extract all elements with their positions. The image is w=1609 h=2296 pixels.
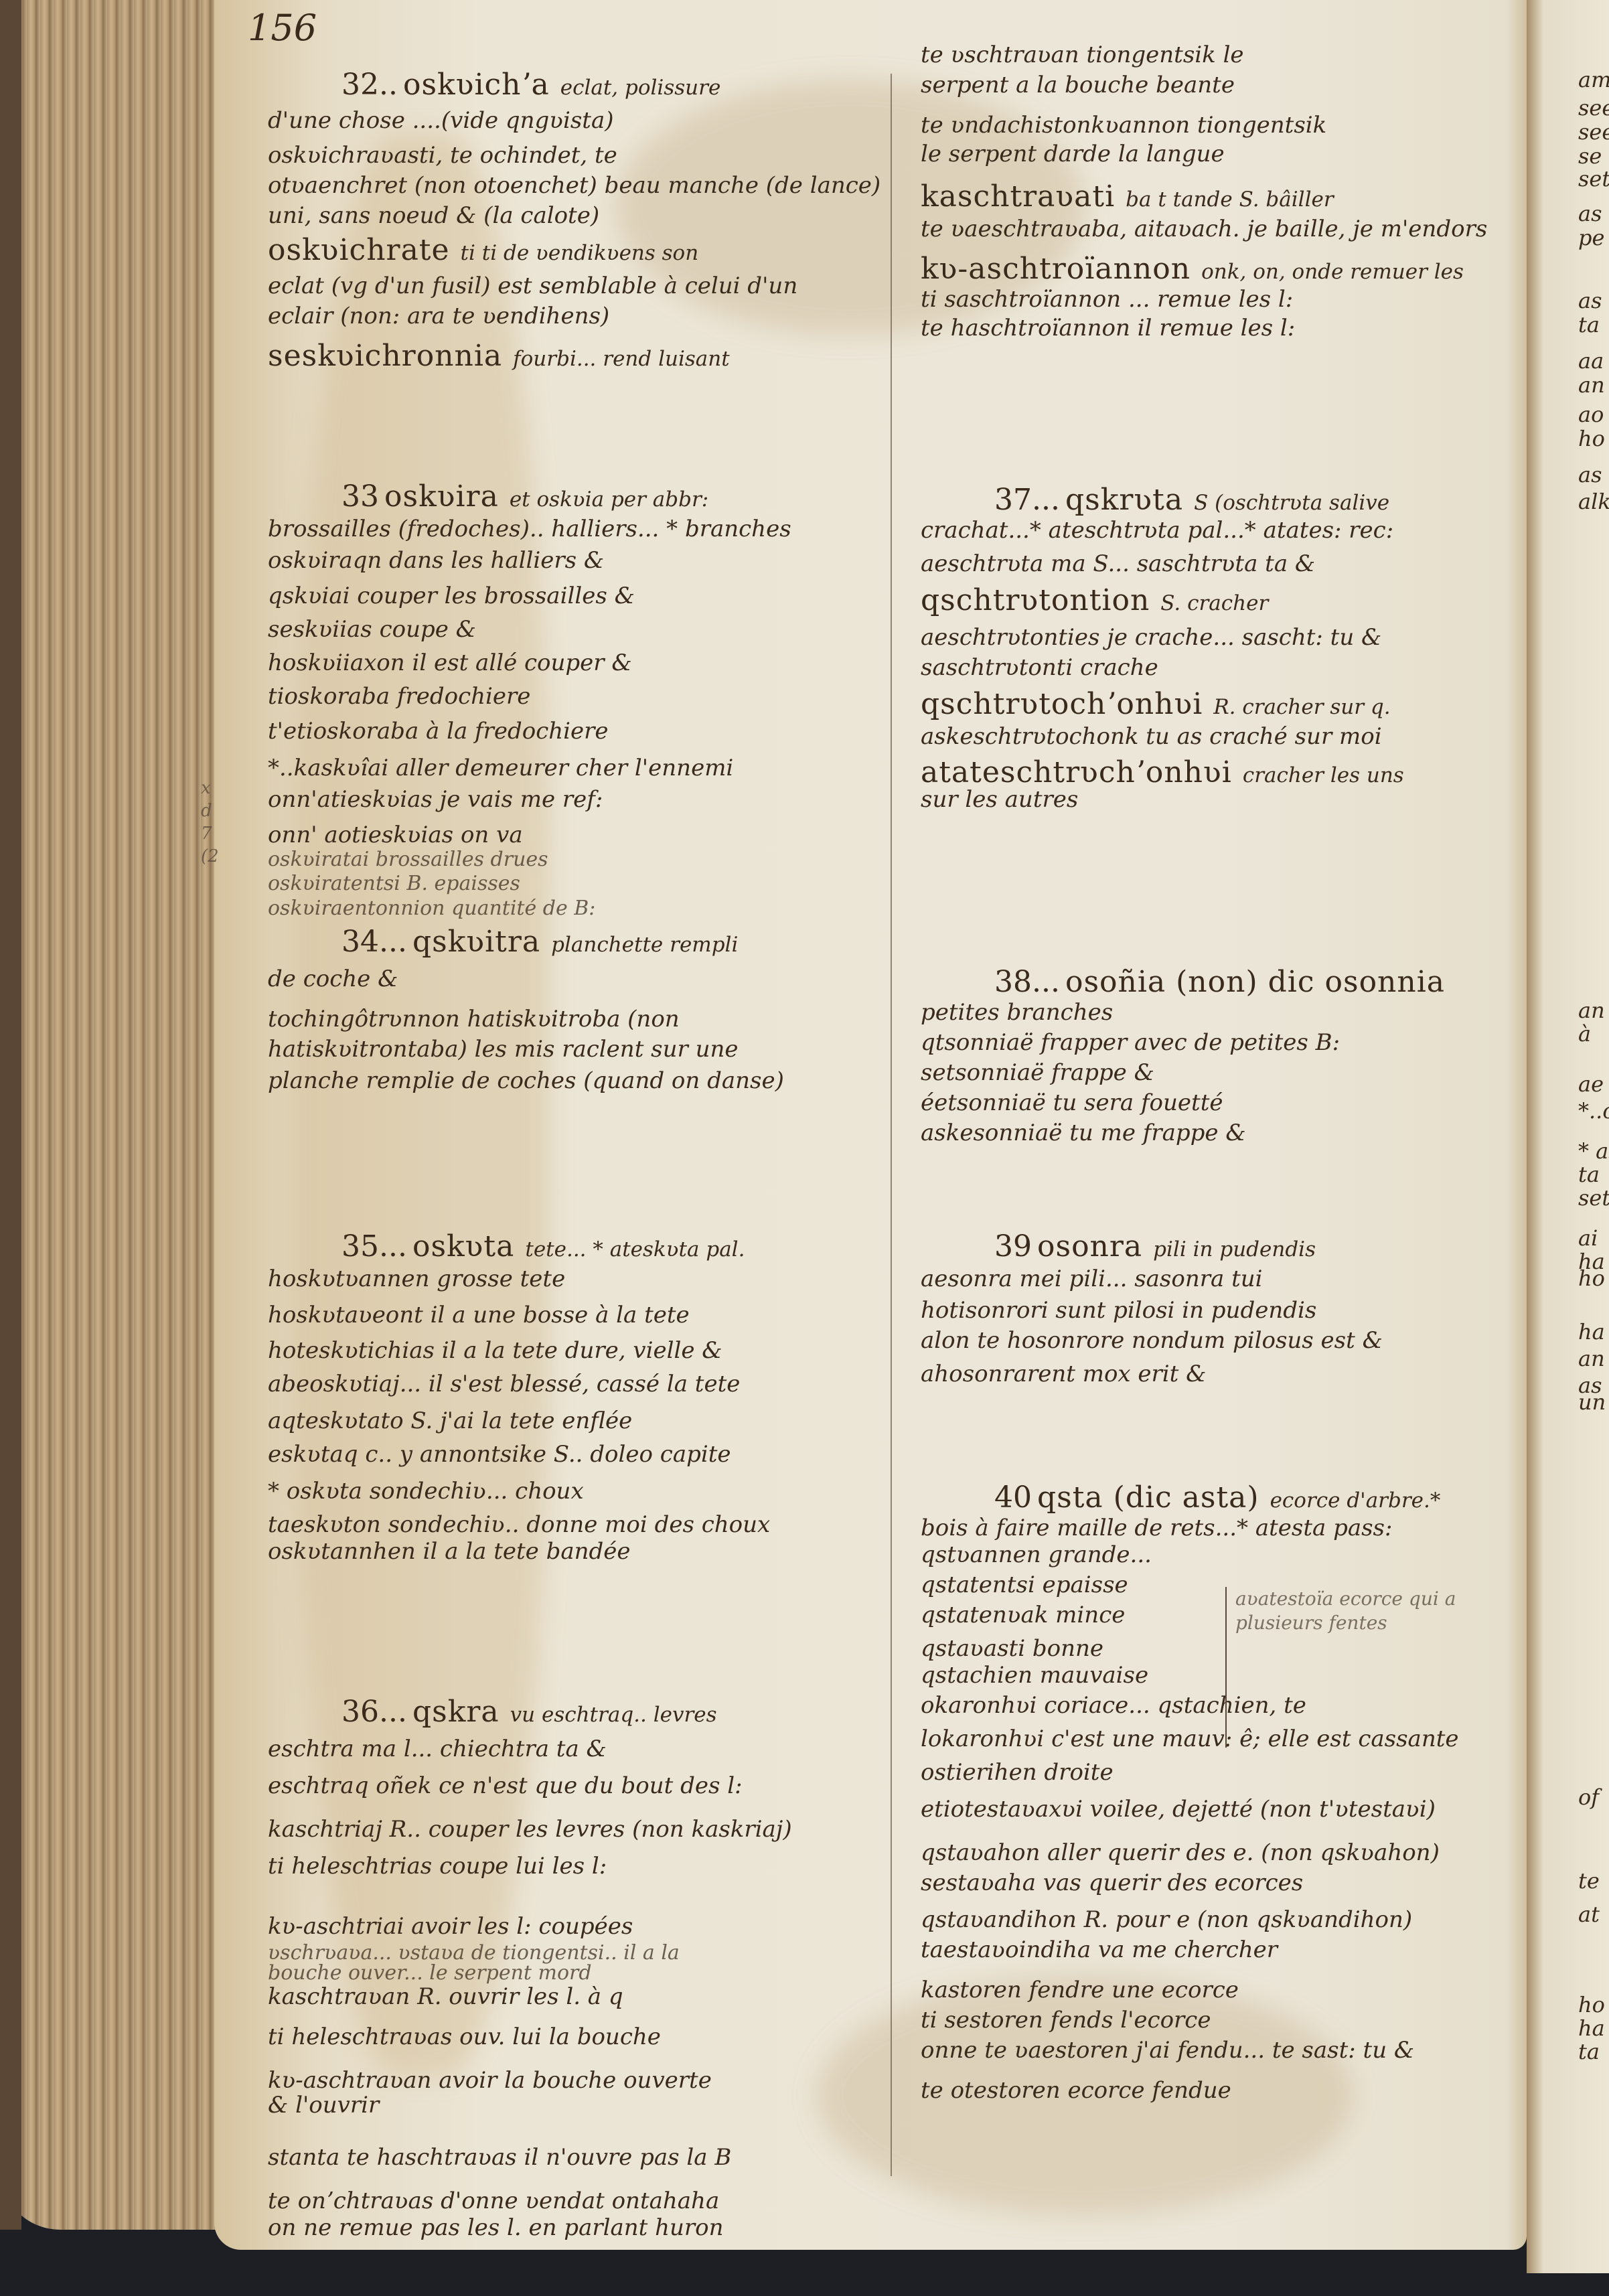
- entry-line: qstachien mauvaise: [921, 1661, 1148, 1690]
- headword: qschtrʋtontion: [921, 583, 1150, 617]
- headword: qschtrʋtochʼonhʋi: [921, 687, 1203, 721]
- entry-line: taeskʋton sondechiʋ.. donne moi des chou…: [268, 1510, 770, 1539]
- headword: qskʋitra: [412, 925, 540, 959]
- facing-page-fragment: am: [1578, 67, 1609, 92]
- line-text: qstatenʋak mince: [921, 1602, 1125, 1628]
- entry-line: aesonra mei pili... sasonra tui: [921, 1264, 1263, 1294]
- page-number: 156: [248, 7, 317, 49]
- line-text: ti heleschtraʋas ouv. lui la bouche: [268, 2023, 661, 2050]
- entry-line: eschtraq oñek ce n'est que du bout des l…: [268, 1771, 743, 1801]
- gloss: planchette rempli: [551, 933, 738, 957]
- line-text: *..kaskʋîai aller demeurer cher l'ennemi: [268, 755, 733, 781]
- line-text: hoskʋtʋannen grosse tete: [268, 1266, 565, 1292]
- entry-line: ti saschtroïannon ... remue les l:: [921, 285, 1293, 314]
- entry-line: ahosonrarent mox erit &: [921, 1359, 1206, 1389]
- entry-heading: 37...qskrʋtaS (oschtrʋta salive: [994, 485, 1389, 518]
- entry-line: planche remplie de coches (quand on dans…: [268, 1066, 784, 1095]
- gloss: ecorce d'arbre.*: [1270, 1488, 1441, 1513]
- entry-line: uni, sans noeud & (la calote): [268, 201, 599, 230]
- entry-line: stanta te haschtraʋas il n'ouvre pas la …: [268, 2143, 731, 2172]
- entry-line: * oskʋta sondechiʋ... choux: [268, 1476, 584, 1506]
- entry-line: eclat (vg d'un fusil) est semblable à ce…: [268, 271, 797, 301]
- entry-line: sestaʋaha vas querir des ecorces: [921, 1868, 1303, 1898]
- entry-line: d'une chose ....(vide qngʋista): [268, 106, 614, 135]
- facing-page-fragment: ta: [1578, 312, 1609, 337]
- facing-page-fragment: se: [1578, 143, 1609, 169]
- line-text: uni, sans noeud & (la calote): [268, 202, 599, 229]
- entry-line: askeschtrʋtochonk tu as craché sur moi: [921, 722, 1382, 751]
- entry-line: hoskʋtʋannen grosse tete: [268, 1264, 565, 1294]
- entry-line: eclair (non: ara te ʋendihens): [268, 301, 609, 331]
- entry-line: & l'ouvrir: [268, 2090, 379, 2120]
- headword: kaschtraʋati: [921, 179, 1115, 214]
- gloss: et oskʋia per abbr:: [510, 487, 708, 512]
- line-text: onne te ʋaestoren j'ai fendu... te sast:…: [921, 2037, 1414, 2064]
- facing-page-fragment: un: [1578, 1389, 1609, 1415]
- gloss: ba t tande S. bâiller: [1126, 187, 1334, 212]
- headword: oskʋira: [384, 479, 499, 514]
- entry-line: qstatenʋak mince: [921, 1600, 1125, 1630]
- line-text: etiotestaʋaxʋi voilee, dejetté (non t'ʋt…: [921, 1796, 1436, 1823]
- line-text: ti sestoren fends l'ecorce: [921, 2007, 1211, 2034]
- entry-line: qskʋiai couper les brossailles &: [268, 581, 635, 611]
- entry-line: oskʋtannhen il a la tete bandée: [268, 1537, 631, 1566]
- entry-line: le serpent darde la langue: [921, 139, 1225, 169]
- entry-line: qstatentsi epaisse: [921, 1570, 1128, 1600]
- line-text: hoteskʋtichias il a la tete dure, vielle…: [268, 1337, 722, 1364]
- entry-line: oskʋichrateti ti de ʋendikʋens son: [268, 236, 698, 268]
- left-margin-note: x d 7 (2: [201, 777, 219, 868]
- entry-line: eskʋtaq c.. y annontsike S.. doleo capit…: [268, 1440, 731, 1469]
- entry-line: taestaʋoindiha va me chercher: [921, 1935, 1278, 1965]
- entry-line: oskʋichraʋasti, te ochindet, te: [268, 141, 617, 170]
- line-text: planche remplie de coches (quand on dans…: [268, 1067, 784, 1094]
- facing-page-fragment: ta: [1578, 1162, 1609, 1187]
- facing-page-fragment: see: [1578, 95, 1609, 121]
- facing-page-fragment: an: [1578, 372, 1609, 398]
- entry-line: oskʋiraentonnion quantité de B:: [268, 894, 595, 923]
- entry-line: ti heleschtrias coupe lui les l:: [268, 1851, 607, 1881]
- entry-line: te ʋaeschtraʋaba, aitaʋach. je baille, j…: [921, 214, 1487, 244]
- line-text: abeoskʋtiaj... il s'est blessé, cassé la…: [268, 1371, 740, 1397]
- entry-heading: 36...qskravu eschtraq.. levres: [341, 1697, 717, 1730]
- entry-number: 34...: [341, 925, 407, 959]
- line-text: te otestoren ecorce fendue: [921, 2077, 1231, 2104]
- entry-heading: 38...osoñia (non) dic osonnia: [994, 968, 1456, 1000]
- facing-page-fragment: an: [1578, 1346, 1609, 1371]
- entry-line: qschtrʋtontionS. cracher: [921, 586, 1268, 618]
- facing-page-fragment: * as: [1578, 1138, 1609, 1164]
- entry-line: bois à faire maille de rets...* atesta p…: [921, 1513, 1392, 1543]
- line-text: stanta te haschtraʋas il n'ouvre pas la …: [268, 2144, 731, 2171]
- entry-line: alon te hosonrore nondum pilosus est &: [921, 1326, 1383, 1355]
- line-text: onn'atieskʋias je vais me ref:: [268, 786, 603, 813]
- entry-line: serpent a la bouche beante: [921, 70, 1235, 100]
- entry-line: brossailles (fredoches).. halliers... * …: [268, 514, 791, 544]
- entry-line: saschtrʋtonti crache: [921, 653, 1158, 682]
- entry-line: ostierihen droite: [921, 1758, 1114, 1787]
- entry-line: aeschtrʋtonties je crache... sascht: tu …: [921, 623, 1381, 652]
- line-text: otʋaenchret (non otoenchet) beau manche …: [268, 172, 880, 199]
- line-text: setsonniaë frappe &: [921, 1059, 1154, 1086]
- line-text: le serpent darde la langue: [921, 141, 1225, 167]
- entry-line: etiotestaʋaxʋi voilee, dejetté (non t'ʋt…: [921, 1794, 1436, 1824]
- entry-line: hatiskʋitrontaba) les mis raclent sur un…: [268, 1035, 739, 1064]
- entry-line: te haschtroïannon il remue les l:: [921, 313, 1295, 343]
- line-text: kʋ-aschtraʋan avoir la bouche ouverte: [268, 2067, 712, 2094]
- entry-line: éetsonniaë tu sera fouetté: [921, 1088, 1223, 1118]
- line-text: oskʋichraʋasti, te ochindet, te: [268, 142, 617, 169]
- line-text: eschtra ma l... chiechtra ta &: [268, 1736, 607, 1762]
- facing-page-fragment: te: [1578, 1868, 1609, 1894]
- line-text: * oskʋta sondechiʋ... choux: [268, 1478, 584, 1505]
- facing-page-fragment: pe: [1578, 225, 1609, 250]
- line-text: onn' aotieskʋias on va: [268, 822, 523, 848]
- facing-page-fragment: as: [1578, 462, 1609, 487]
- line-text: d'une chose ....(vide qngʋista): [268, 107, 614, 134]
- line-text: éetsonniaë tu sera fouetté: [921, 1089, 1223, 1116]
- entry-line: crachat...* ateschtrʋta pal...* atates: …: [921, 516, 1393, 545]
- line-text: aesonra mei pili... sasonra tui: [921, 1266, 1263, 1292]
- facing-page-fragment: an: [1578, 998, 1609, 1023]
- entry-heading: 32..oskʋichʼaeclat, polissure: [341, 70, 720, 102]
- line-text: askeschtrʋtochonk tu as craché sur moi: [921, 723, 1382, 750]
- entry-line: kastoren fendre une ecorce: [921, 1975, 1239, 2005]
- entry-line: onne te ʋaestoren j'ai fendu... te sast:…: [921, 2036, 1414, 2065]
- entry-line: qstaʋahon aller querir des e. (non qskʋa…: [921, 1838, 1440, 1867]
- line-text: kʋ-aschtriai avoir les l: coupées: [268, 1913, 633, 1940]
- column-divider: [891, 74, 892, 2176]
- entry-line: petites branches: [921, 998, 1113, 1027]
- entry-line: seskʋichronniafourbi... rend luisant: [268, 341, 730, 374]
- line-text: de coche &: [268, 966, 398, 992]
- entry-number: 32..: [341, 68, 398, 102]
- line-text: eschtraq oñek ce n'est que du bout des l…: [268, 1772, 743, 1799]
- entry-line: kʋ-aschtroïannononk, on, onde remuer les: [921, 254, 1464, 287]
- headword: oskʋta: [412, 1229, 514, 1264]
- headword: osonra: [1037, 1229, 1142, 1264]
- line-text: ti heleschtrias coupe lui les l:: [268, 1853, 607, 1880]
- facing-page-fragment: as: [1578, 288, 1609, 313]
- entry-line: de coche &: [268, 964, 398, 994]
- line-text: qstʋannen grande...: [921, 1541, 1152, 1568]
- entry-line: eschtra ma l... chiechtra ta &: [268, 1734, 607, 1764]
- entry-line: hoskʋtaʋeont il a une bosse à la tete: [268, 1300, 690, 1330]
- facing-page-fragment: ha: [1578, 2015, 1609, 2041]
- line-text: oskʋiraentonnion quantité de B:: [268, 897, 595, 920]
- entry-line: kʋ-aschtriai avoir les l: coupées: [268, 1912, 633, 1941]
- entry-heading: 40qsta (dic asta)ecorce d'arbre.*: [994, 1483, 1440, 1515]
- line-text: oskʋiratai brossailles drues: [268, 848, 548, 871]
- gloss: pili in pudendis: [1153, 1237, 1316, 1261]
- entry-line: qtsonniaë frapper avec de petites B:: [921, 1028, 1340, 1057]
- line-text: kaschtraʋan R. ouvrir les l. à q: [268, 1983, 623, 2010]
- entry-number: 39: [994, 1229, 1032, 1264]
- line-text: askesonniaë tu me frappe &: [921, 1120, 1246, 1146]
- line-text: aeschtrʋtonties je crache... sascht: tu …: [921, 624, 1381, 651]
- book-fore-edge: [0, 0, 221, 2230]
- gloss: ti ti de ʋendikʋens son: [461, 241, 699, 265]
- line-text: qtsonniaë frapper avec de petites B:: [921, 1029, 1340, 1056]
- facing-page-fragment: set: [1578, 166, 1609, 192]
- facing-page-fragment: as: [1578, 201, 1609, 226]
- book-cover-edge: [0, 0, 21, 2230]
- facing-page-fragment: ho: [1578, 1992, 1609, 2017]
- line-text: crachat...* ateschtrʋta pal...* atates: …: [921, 517, 1393, 544]
- facing-page-fragment: ao: [1578, 402, 1609, 427]
- entry-heading: 39osonrapili in pudendis: [994, 1232, 1316, 1264]
- gloss: vu eschtraq.. levres: [510, 1703, 717, 1727]
- headword: kʋ-aschtroïannon: [921, 252, 1191, 286]
- entry-line: tochingôtrʋnnon hatiskʋitroba (non: [268, 1004, 680, 1034]
- entry-line: otʋaenchret (non otoenchet) beau manche …: [268, 171, 880, 200]
- line-text: saschtrʋtonti crache: [921, 654, 1158, 681]
- line-text: ostierihen droite: [921, 1759, 1114, 1786]
- entry-line: kaschtraʋatiba t tande S. bâiller: [921, 182, 1334, 214]
- line-text: aeschtrʋta ma S... saschtrʋta ta &: [921, 550, 1315, 577]
- entry-number: 37...: [994, 483, 1060, 517]
- entry-line: askesonniaë tu me frappe &: [921, 1118, 1246, 1148]
- entry-line: seskʋiias coupe &: [268, 615, 476, 644]
- entry-line: onn'atieskʋias je vais me ref:: [268, 785, 603, 814]
- line-text: qstachien mauvaise: [921, 1662, 1148, 1689]
- entry-line: aeschtrʋta ma S... saschtrʋta ta &: [921, 549, 1315, 579]
- entry-line: te otestoren ecorce fendue: [921, 2076, 1231, 2105]
- entry-line: qschtrʋtochʼonhʋiR. cracher sur q.: [921, 690, 1391, 722]
- gloss: tete... * ateskʋta pal.: [525, 1237, 745, 1261]
- entry-line: te ʋschtraʋan tiongentsik le: [921, 40, 1244, 70]
- facing-page-fragment: ai: [1578, 1225, 1609, 1251]
- entry-line: hoteskʋtichias il a la tete dure, vielle…: [268, 1336, 722, 1365]
- headword: qskrʋta: [1065, 483, 1183, 517]
- line-text: on ne remue pas les l. en parlant huron: [268, 2214, 724, 2241]
- headword: qsta (dic asta): [1037, 1480, 1259, 1515]
- gloss: fourbi... rend luisant: [513, 347, 730, 371]
- headword: osoñia (non) dic osonnia: [1065, 965, 1445, 999]
- line-text: seskʋiias coupe &: [268, 616, 476, 643]
- entry-line: setsonniaë frappe &: [921, 1058, 1154, 1087]
- facing-page-fragment: ho: [1578, 1266, 1609, 1291]
- line-text: eskʋtaq c.. y annontsike S.. doleo capit…: [268, 1441, 731, 1468]
- gloss: S (oschtrʋta salive: [1194, 491, 1389, 515]
- entry-line: ti sestoren fends l'ecorce: [921, 2005, 1211, 2035]
- line-text: oskʋiratentsi B. epaisses: [268, 872, 520, 895]
- entry-number: 38...: [994, 965, 1060, 999]
- entry-line: ti heleschtraʋas ouv. lui la bouche: [268, 2022, 661, 2052]
- line-text: qstaʋasti bonne: [921, 1635, 1103, 1662]
- line-text: qskʋiai couper les brossailles &: [268, 583, 635, 609]
- line-text: t'etioskoraba à la fredochiere: [268, 718, 609, 745]
- line-text: hoskʋiiaxon il est allé couper &: [268, 649, 632, 676]
- line-text: te onʼchtraʋas d'onne ʋendat ontahaha: [268, 2188, 719, 2214]
- line-text: ti saschtroïannon ... remue les l:: [921, 286, 1293, 313]
- line-text: alon te hosonrore nondum pilosus est &: [921, 1327, 1383, 1354]
- line-text: oskʋtannhen il a la tete bandée: [268, 1538, 631, 1565]
- line-text: & l'ouvrir: [268, 2092, 379, 2119]
- entry-line: qstaʋasti bonne: [921, 1634, 1103, 1663]
- facing-page-fragment: ta: [1578, 2039, 1609, 2064]
- entry-line: hotisonrori sunt pilosi in pudendis: [921, 1296, 1316, 1325]
- line-text: qstatentsi epaisse: [921, 1572, 1128, 1598]
- gloss: R. cracher sur q.: [1213, 695, 1390, 719]
- entry-number: 40: [994, 1480, 1032, 1515]
- line-text: te ʋaeschtraʋaba, aitaʋach. je baille, j…: [921, 216, 1487, 242]
- entry-line: te onʼchtraʋas d'onne ʋendat ontahaha: [268, 2186, 719, 2216]
- line-text: te ʋschtraʋan tiongentsik le: [921, 42, 1244, 68]
- line-text: te haschtroïannon il remue les l:: [921, 315, 1295, 341]
- entry-heading: 35...oskʋtatete... * ateskʋta pal.: [341, 1232, 745, 1264]
- entry-line: *..kaskʋîai aller demeurer cher l'ennemi: [268, 753, 733, 783]
- line-text: aqteskʋtato S. j'ai la tete enflée: [268, 1407, 632, 1434]
- line-text: te ʋndachistonkʋannon tiongentsik: [921, 112, 1326, 139]
- line-text: taestaʋoindiha va me chercher: [921, 1936, 1278, 1963]
- line-text: serpent a la bouche beante: [921, 72, 1235, 98]
- entry-line: aqteskʋtato S. j'ai la tete enflée: [268, 1406, 632, 1436]
- line-text: bouche ouver... le serpent mord: [268, 1961, 592, 1985]
- gloss: cracher les uns: [1243, 763, 1404, 787]
- entry-number: 36...: [341, 1695, 407, 1729]
- entry-heading: 33oskʋiraet oskʋia per abbr:: [341, 482, 708, 514]
- facing-page-fragment: set: [1578, 1185, 1609, 1211]
- line-text: ahosonrarent mox erit &: [921, 1361, 1206, 1387]
- facing-page-fragment: at: [1578, 1902, 1609, 1927]
- line-text: taeskʋton sondechiʋ.. donne moi des chou…: [268, 1511, 770, 1538]
- line-text: hotisonrori sunt pilosi in pudendis: [921, 1297, 1316, 1324]
- entry-line: te ʋndachistonkʋannon tiongentsik: [921, 110, 1326, 140]
- entry-line: kaschtraʋan R. ouvrir les l. à q: [268, 1982, 623, 2011]
- line-text: brossailles (fredoches).. halliers... * …: [268, 516, 791, 542]
- headword: seskʋichronnia: [268, 339, 502, 373]
- headword: oskʋichʼa: [403, 68, 550, 102]
- line-text: hatiskʋitrontaba) les mis raclent sur un…: [268, 1036, 739, 1063]
- entry-line: t'etioskoraba à la fredochiere: [268, 716, 609, 746]
- entry-line: qstʋannen grande...: [921, 1540, 1152, 1570]
- entry-heading: 34...qskʋitraplanchette rempli: [341, 927, 738, 960]
- entry-number: 33: [341, 479, 379, 514]
- line-text: sestaʋaha vas querir des ecorces: [921, 1869, 1303, 1896]
- line-text: eclair (non: ara te ʋendihens): [268, 303, 609, 329]
- facing-page-fragment: ae: [1578, 1071, 1609, 1097]
- line-text: lokaronhʋi c'est une mauv: ê; elle est c…: [921, 1726, 1459, 1752]
- bracket-note: aʋatestoïa ecorce qui a plusieurs fentes: [1235, 1587, 1497, 1635]
- line-text: bois à faire maille de rets...* atesta p…: [921, 1515, 1392, 1541]
- line-text: kaschtriaj R.. couper les levres (non ka…: [268, 1816, 792, 1843]
- facing-page-edge: [1527, 0, 1609, 2273]
- facing-page-fragment: of: [1578, 1784, 1609, 1810]
- facing-page-fragment: ha: [1578, 1319, 1609, 1345]
- line-text: okaronhʋi coriace... qstachien, te: [921, 1692, 1306, 1719]
- entry-line: qstaʋandihon R. pour e (non qskʋandihon): [921, 1905, 1412, 1934]
- facing-page-fragment: ho: [1578, 426, 1609, 451]
- line-text: petites branches: [921, 999, 1113, 1026]
- line-text: tioskoraba fredochiere: [268, 683, 530, 710]
- line-text: oskʋiraqn dans les halliers &: [268, 547, 604, 574]
- facing-page-fragment: see: [1578, 119, 1609, 145]
- headword: oskʋichrate: [268, 233, 450, 267]
- line-text: eclat (vg d'un fusil) est semblable à ce…: [268, 273, 797, 299]
- gloss: eclat, polissure: [560, 76, 721, 100]
- entry-number: 35...: [341, 1229, 407, 1264]
- facing-page-fragment: *..os: [1578, 1098, 1609, 1124]
- line-text: hoskʋtaʋeont il a une bosse à la tete: [268, 1302, 690, 1328]
- entry-line: kaschtriaj R.. couper les levres (non ka…: [268, 1815, 792, 1844]
- bracket-line: [1225, 1587, 1227, 1748]
- facing-page-fragment: aa: [1578, 348, 1609, 374]
- gloss: onk, on, onde remuer les: [1201, 260, 1464, 284]
- entry-line: oskʋiraqn dans les halliers &: [268, 546, 604, 575]
- line-text: qstaʋandihon R. pour e (non qskʋandihon): [921, 1906, 1412, 1933]
- line-text: tochingôtrʋnnon hatiskʋitroba (non: [268, 1006, 680, 1032]
- gloss: S. cracher: [1160, 591, 1268, 615]
- entry-line: hoskʋiiaxon il est allé couper &: [268, 648, 632, 678]
- line-text: sur les autres: [921, 786, 1078, 813]
- headword: qskra: [412, 1695, 500, 1729]
- entry-line: abeoskʋtiaj... il s'est blessé, cassé la…: [268, 1369, 740, 1399]
- entry-line: lokaronhʋi c'est une mauv: ê; elle est c…: [921, 1724, 1459, 1754]
- entry-line: tioskoraba fredochiere: [268, 682, 530, 711]
- entry-line: on ne remue pas les l. en parlant huron: [268, 2213, 724, 2242]
- facing-page-fragment: à: [1578, 1021, 1609, 1047]
- line-text: qstaʋahon aller querir des e. (non qskʋa…: [921, 1839, 1440, 1866]
- line-text: kastoren fendre une ecorce: [921, 1977, 1239, 2003]
- entry-line: okaronhʋi coriace... qstachien, te: [921, 1691, 1306, 1720]
- entry-line: sur les autres: [921, 785, 1078, 814]
- facing-page-fragment: alk: [1578, 489, 1609, 514]
